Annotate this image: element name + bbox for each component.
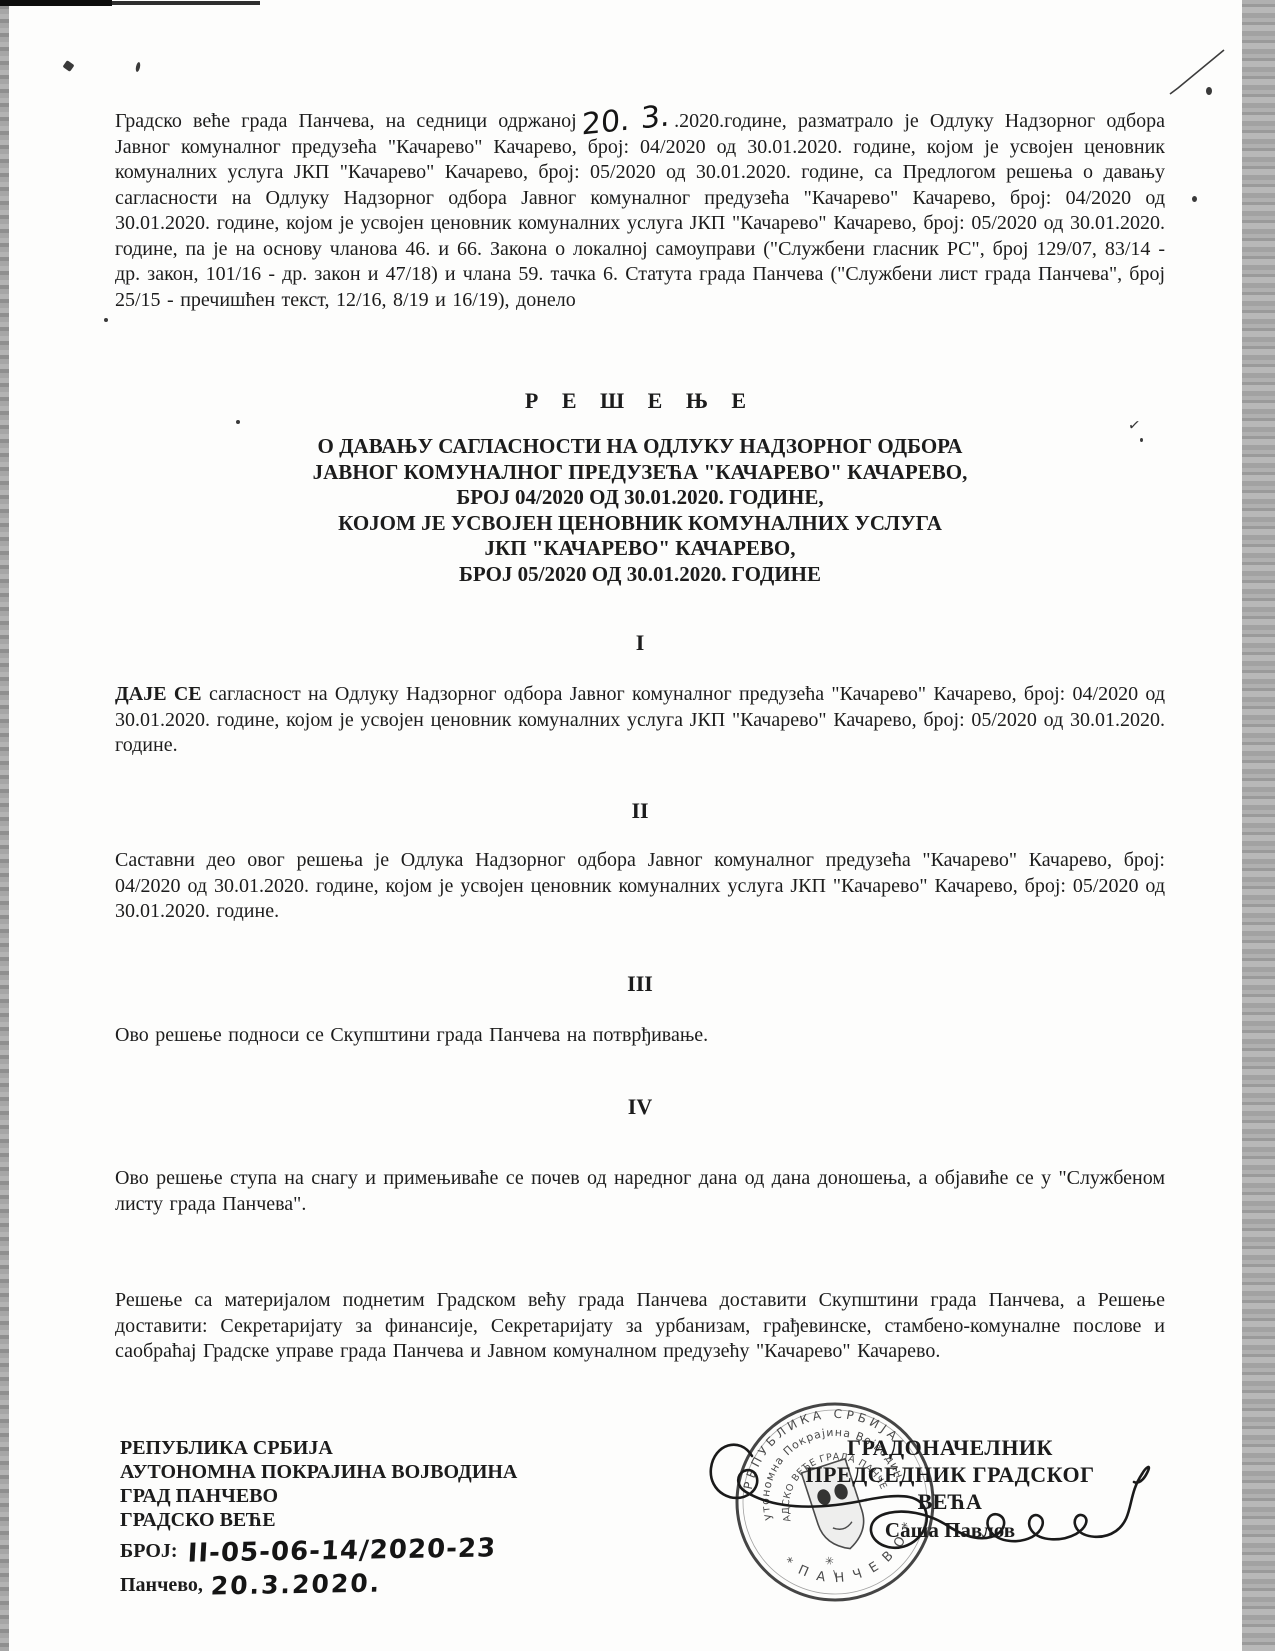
section-1-body: сагласност на Одлуку Надзорног одбора Ја… <box>115 683 1165 756</box>
scan-speck <box>135 62 141 73</box>
scan-speck <box>236 420 240 424</box>
intro-paragraph: Градско веће града Панчева, на седници о… <box>115 108 1165 313</box>
decision-title-line: О ДАВАЊУ САГЛАСНОСТИ НА ОДЛУКУ НАДЗОРНОГ… <box>115 434 1165 460</box>
case-number-label: БРОЈ: <box>120 1540 178 1563</box>
section-2-paragraph: Саставни део овог решења је Одлука Надзо… <box>115 848 1165 925</box>
place-label: Панчево, <box>120 1574 203 1597</box>
issuer-block: РЕПУБЛИКА СРБИЈА АУТОНОМНА ПОКРАЈИНА ВОЈ… <box>120 1436 517 1600</box>
scan-edge-right-strip <box>1242 0 1275 1651</box>
decision-title-line: КОЈОМ ЈЕ УСВОЈЕН ЦЕНОВНИК КОМУНАЛНИХ УСЛ… <box>115 511 1165 537</box>
scan-speck <box>104 318 108 322</box>
decision-title-line: ЈАВНОГ КОМУНАЛНОГ ПРЕДУЗЕЋА "КАЧАРЕВО" К… <box>115 460 1165 486</box>
section-numeral-2: II <box>115 798 1165 824</box>
section-4-paragraph: Ово решење ступа на снагу и примењиваће … <box>115 1166 1165 1217</box>
issuer-province: АУТОНОМНА ПОКРАЈИНА ВОЈВОДИНА <box>120 1460 517 1484</box>
scan-checkmark-blemish: ✓ <box>1127 415 1142 435</box>
section-numeral-4: IV <box>115 1094 1165 1120</box>
section-1-paragraph: ДАЈЕ СЕ сагласност на Одлуку Надзорног о… <box>115 682 1165 759</box>
distribution-paragraph: Решење са материјалом поднетим Градском … <box>115 1288 1165 1365</box>
scanned-document-page: ✓ Градско веће града Панчева, на седници… <box>0 0 1275 1651</box>
decision-title-line: БРОЈ 05/2020 ОД 30.01.2020. ГОДИНЕ <box>115 562 1165 588</box>
decision-title-block: О ДАВАЊУ САГЛАСНОСТИ НА ОДЛУКУ НАДЗОРНОГ… <box>115 434 1165 587</box>
scan-speck <box>1192 196 1197 202</box>
handwritten-issue-date: 20.3.2020. <box>210 1569 382 1601</box>
decision-heading: Р Е Ш Е Њ Е <box>115 388 1165 414</box>
decision-title-line: БРОЈ 04/2020 ОД 30.01.2020. ГОДИНЕ, <box>115 485 1165 511</box>
intro-text-before-date: Градско веће града Панчева, на седници о… <box>115 110 577 132</box>
handwritten-case-number: II-05-06-14/2020-23 <box>186 1533 496 1568</box>
section-1-lead: ДАЈЕ СЕ <box>115 683 202 705</box>
scan-speck <box>63 60 75 72</box>
scan-diagonal-pen-line <box>1158 38 1238 108</box>
decision-title-line: ЈКП "КАЧАРЕВО" КАЧАРЕВО, <box>115 536 1165 562</box>
issuer-council: ГРАДСКО ВЕЋЕ <box>120 1508 517 1532</box>
scan-edge-left-strip <box>0 0 9 1651</box>
intro-text-after-date: .2020.године, разматрало је Одлуку Надзо… <box>115 110 1165 311</box>
handwritten-signature <box>690 1430 1165 1595</box>
section-3-paragraph: Ово решење подноси се Скупштини града Па… <box>115 1023 1165 1049</box>
issuer-republic: РЕПУБЛИКА СРБИЈА <box>120 1436 517 1460</box>
scan-top-black-bar <box>0 0 112 6</box>
section-numeral-3: III <box>115 971 1165 997</box>
scan-top-dark-line <box>112 1 260 5</box>
section-numeral-1: I <box>115 630 1165 656</box>
issuer-city: ГРАД ПАНЧЕВО <box>120 1484 517 1508</box>
handwritten-session-date: 20. 3. <box>581 106 669 135</box>
